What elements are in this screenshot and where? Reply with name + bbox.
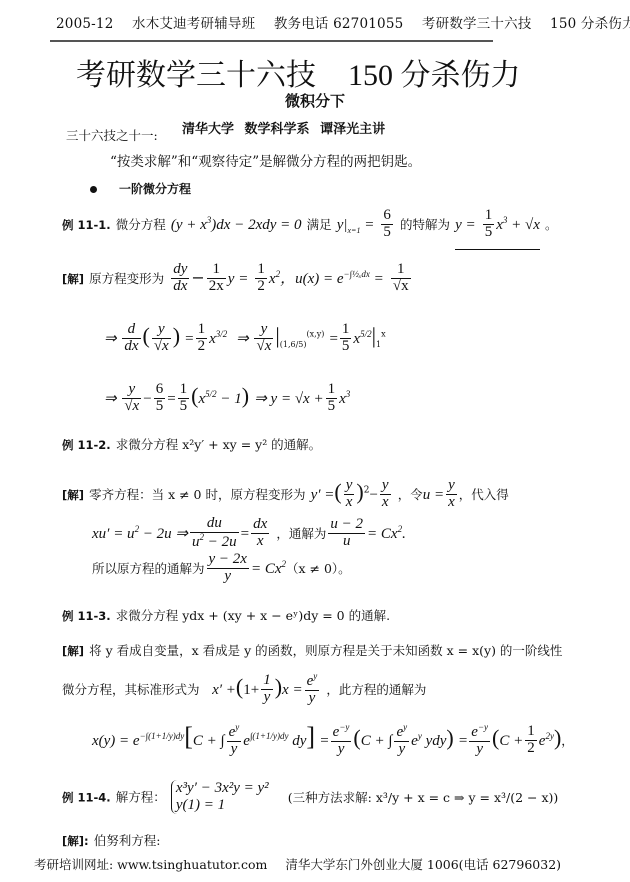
lecturer-university: 清华大学 [182,122,234,137]
example-label: 例 11-4. [62,791,111,805]
solution-label: [解]: [62,834,89,848]
problem-text: 微分方程 [116,217,166,232]
bullet-icon [90,186,97,193]
page-title: 考研数学三十六技150 分杀伤力 [76,50,521,94]
equation-system: x³y′ − 3x²y = y² y(1) = 1 [171,780,269,814]
solution-11-3-line1: [解] 将 y 看成自变量，x 看成是 y 的函数，则原方程是关于未知函数 x … [62,640,562,659]
solution-11-4: [解]: 伯努利方程: [62,830,160,849]
solution-11-3-line3: x(y) = e−∫(1+1/y)dy[C + ∫eyye∫(1+1/y)dy … [92,722,574,758]
problem-text: 解方程： [116,790,166,805]
title-score: 150 分杀伤力 [348,59,521,92]
problem-text: 求微分方程 ydx + (xy + x − eʸ)dy = 0 的通解. [116,608,390,623]
lecturer-name: 谭泽光主讲 [320,122,385,137]
answer-text: 的特解为 [400,217,450,232]
chapter-label: 三十六技之十一: [66,126,158,144]
header-phone: 教务电话 62701055 [274,16,404,32]
footer-address: 清华大学东门外创业大厦 1006(电话 62796032) [285,857,561,872]
lecturer-line: 清华大学 数学科学系 谭泽光主讲 [182,118,391,137]
solution-11-2-line1: [解] 零齐方程：当 x ≠ 0 时，原方程变形为 y′ =(yx)2−yx ，… [62,478,509,511]
footer-website: 考研培训网址: www.tsinghuatutor.com [34,857,267,872]
page-footer: 考研培训网址: www.tsinghuatutor.com 清华大学东门外创业大… [34,855,575,873]
solution-11-1-line3: ⇒ y√x−65=15(x5/2 − 1) ⇒ y = √x +15x3 [104,382,350,415]
solution-label: [解] [62,644,84,658]
header-tagline: 150 分杀伤力 [550,16,630,32]
page-subtitle: 微积分下 [0,90,630,111]
solution-11-1-line1: [解] 原方程变形为 dydx−12xy = 12x2，u(x) = e−∫½ₓ… [62,262,413,295]
title-main: 考研数学三十六技 [76,59,316,92]
lecturer-department: 数学科学系 [245,122,310,137]
condition-text: 满足 [307,217,332,232]
example-label: 例 11-1. [62,218,111,232]
example-label: 例 11-2. [62,438,111,452]
header-institution: 水木艾迪考研辅导班 [132,16,255,32]
page-header: 2005-12 水木艾迪考研辅导班 教务电话 62701055 考研数学三十六技… [56,12,630,32]
header-divider [50,40,493,42]
example-11-3: 例 11-3. 求微分方程 ydx + (xy + x − eʸ)dy = 0 … [62,605,390,624]
method-note: (三种方法求解: x³/y + x = c ⇒ y = x³/(2 − x)) [288,790,559,805]
solution-11-2-line3: 所以原方程的通解为y − 2xy= Cx2（x ≠ 0）。 [92,552,351,585]
example-11-4: 例 11-4. 解方程： x³y′ − 3x²y = y² y(1) = 1 (… [62,780,558,814]
system-eq-1: x³y′ − 3x²y = y² [176,780,269,797]
example-label: 例 11-3. [62,609,111,623]
header-course: 考研数学三十六技 [422,16,532,32]
solution-text: 伯努利方程: [94,833,161,848]
solution-label: [解] [62,272,84,286]
solution-11-2-line2: xu′ = u2 − 2u ⇒duu2 − 2u=dxx ，通解为u − 2u=… [92,516,406,551]
section-title: 一阶微分方程 [119,182,191,196]
solution-11-1-line2: ⇒ ddx(y√x) =12x3/2 ⇒ y√x|(1,6/5)(x,y) =1… [104,322,386,355]
header-date: 2005-12 [56,16,114,32]
system-eq-2: y(1) = 1 [176,797,269,814]
solution-label: [解] [62,488,84,502]
example-11-2: 例 11-2. 求微分方程 x²y′ + xy = y² 的通解。 [62,434,321,453]
slogan: “按类求解”和“观察待定”是解微分方程的两把钥匙。 [110,150,421,170]
example-11-1: 例 11-1. 微分方程 (y + x3)dx − 2xdy = 0 满足 y|… [62,208,558,250]
solution-11-3-line2: 微分方程，其标准形式为 x′ +(1+1y)x =eyy ，此方程的通解为 [62,672,426,707]
section-heading: 一阶微分方程 [90,180,191,197]
problem-text: 求微分方程 x²y′ + xy = y² 的通解。 [116,437,321,452]
